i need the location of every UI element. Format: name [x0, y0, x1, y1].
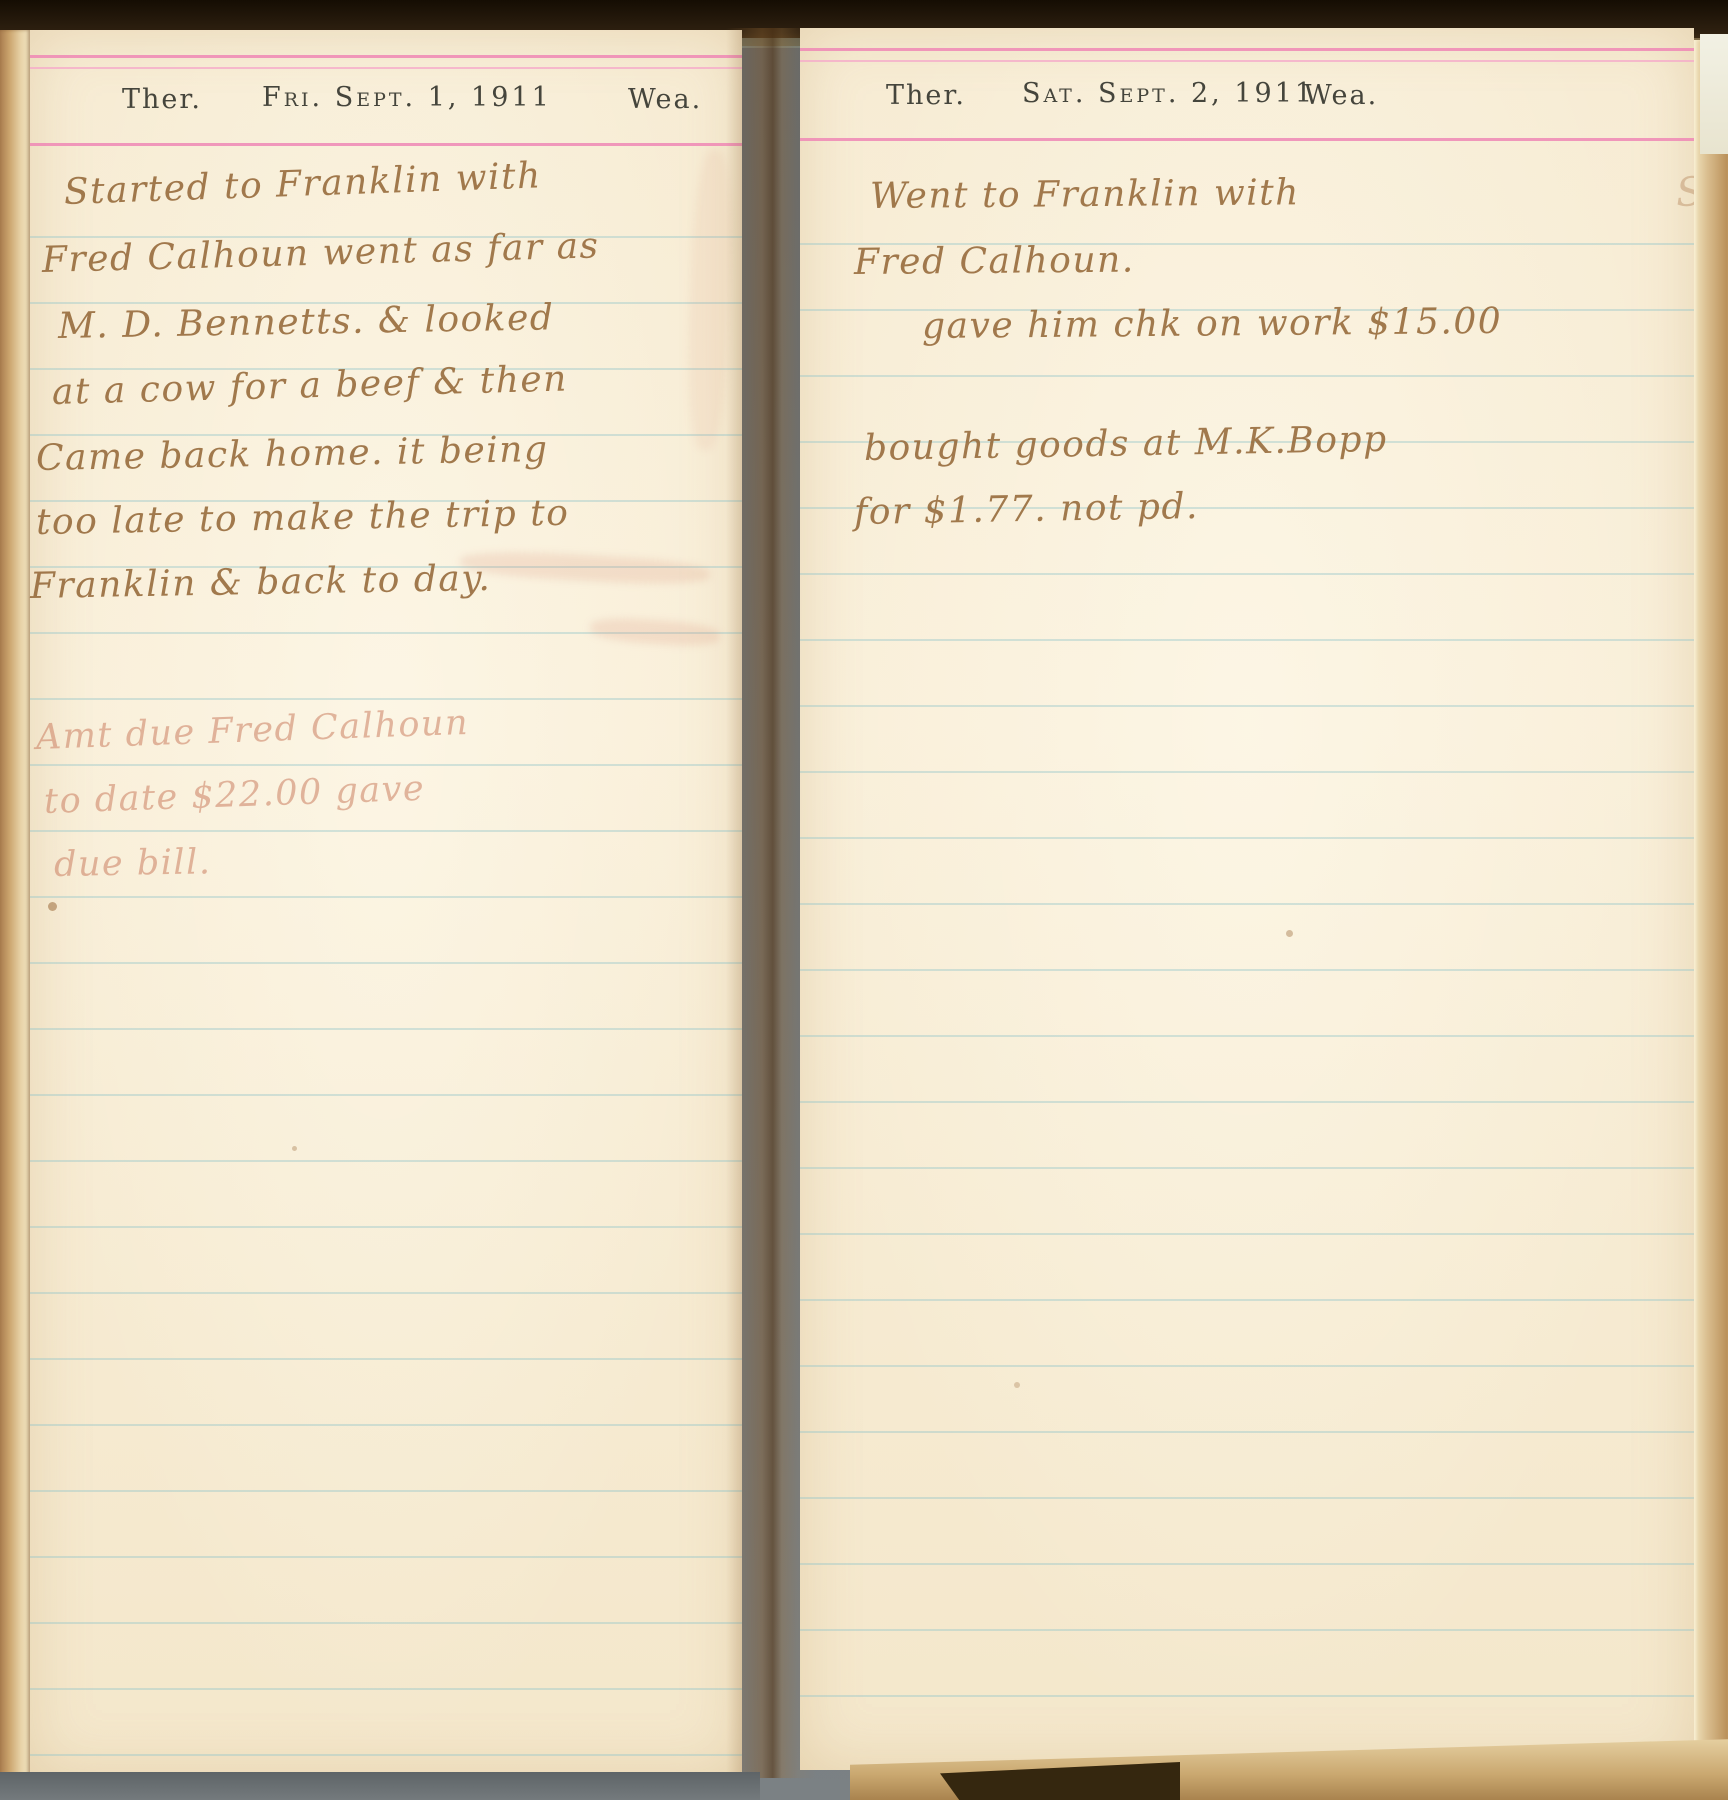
date-label: Fri. Sept. 1, 1911: [262, 82, 552, 113]
diary-entry-line: Fred Calhoun.: [854, 240, 1135, 283]
diary-scan: Ther. Fri. Sept. 1, 1911 Wea. Started to…: [0, 0, 1728, 1800]
pink-rule: [30, 143, 742, 146]
diary-entry-line: Started to Franklin with: [63, 155, 542, 213]
pencil-note-line: due bill.: [54, 842, 212, 885]
desk-surface: [0, 1772, 760, 1800]
wea-label: Wea.: [1304, 80, 1378, 111]
pink-rule: [800, 138, 1694, 141]
page-edge-stack-left: [0, 30, 30, 1776]
ther-label: Ther.: [886, 80, 966, 111]
page-edge-stack-right: [1694, 40, 1728, 1770]
diary-entry-line: Went to Franklin with: [870, 172, 1300, 217]
foxing-speck: [1014, 1382, 1020, 1388]
right-page: Ther. Sat. Sept. 2, 1911 Wea. Went to Fr…: [800, 28, 1694, 1770]
date-label: Sat. Sept. 2, 1911: [1022, 78, 1315, 109]
ther-label: Ther.: [122, 84, 202, 115]
pink-rule: [30, 67, 742, 69]
diary-entry-line: for $1.77. not pd.: [854, 486, 1200, 533]
diary-entry-line: gave him chk on work $15.00: [922, 301, 1503, 347]
page-edge-highlight: [1700, 34, 1728, 154]
wea-label: Wea.: [628, 84, 702, 115]
pink-rule: [800, 60, 1694, 62]
foxing-speck: [1286, 930, 1293, 937]
pink-rule: [30, 55, 742, 58]
left-page: Ther. Fri. Sept. 1, 1911 Wea. Started to…: [30, 30, 742, 1776]
pink-rule: [800, 48, 1694, 51]
foxing-speck: [48, 902, 57, 911]
diary-entry-line: M. D. Bennetts. & looked: [58, 297, 555, 347]
diary-entry-line: Franklin & back to day.: [30, 558, 492, 607]
ruled-lines: [800, 243, 1694, 1758]
foxing-speck: [292, 1146, 297, 1151]
